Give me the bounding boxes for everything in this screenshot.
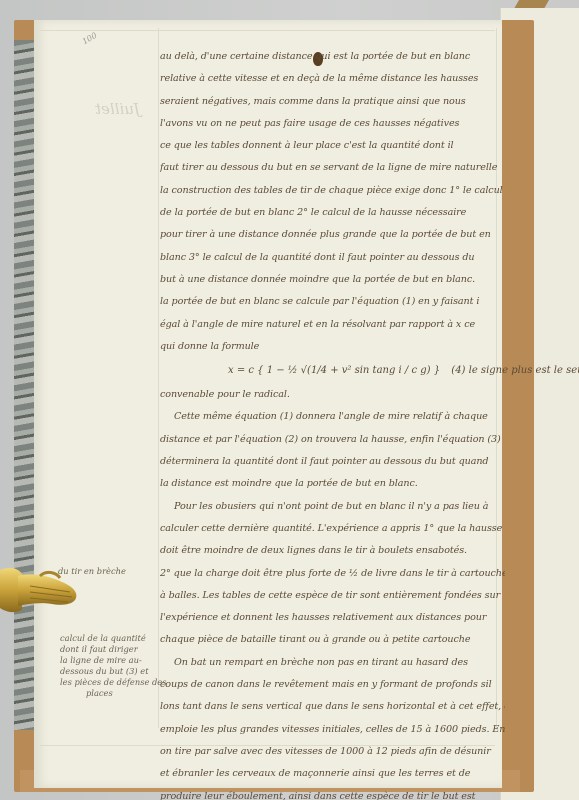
text-line: relative à cette vitesse et en deçà de l…	[160, 68, 505, 90]
margin-note-line: dessous du but (3) et	[60, 666, 166, 677]
text-line: ce que les tables donnent à leur place c…	[160, 135, 505, 157]
margin-note-calculation: calcul de la quantité dont il faut dirig…	[60, 633, 166, 699]
text-line: distance et par l'équation (2) on trouve…	[160, 429, 505, 451]
text-line: au delà, d'une certaine distance qui est…	[160, 46, 505, 68]
text-line: coups de canon dans le revêtement mais e…	[160, 674, 505, 696]
text-line: On bat un rempart en brèche non pas en t…	[160, 652, 505, 674]
text-line: convenable pour le radical.	[160, 384, 505, 406]
manuscript-body: au delà, d'une certaine distance qui est…	[160, 46, 505, 800]
margin-note-line: la ligne de mire au-	[60, 655, 166, 666]
text-line: on tire par salve avec des vitesses de 1…	[160, 741, 505, 763]
text-line: et ébranler les cerveaux de maçonnerie a…	[160, 763, 505, 785]
text-line: blanc 3° le calcul de la quantité dont i…	[160, 247, 505, 269]
text-line: produire leur éboulement, ainsi dans cet…	[160, 786, 505, 800]
text-line: à balles. Les tables de cette espèce de …	[160, 585, 505, 607]
text-line: but à une distance donnée moindre que la…	[160, 269, 505, 291]
text-line: Pour les obusiers qui n'ont point de but…	[160, 496, 505, 518]
bleed-through-text: Juillet	[95, 100, 140, 118]
text-line: Cette même équation (1) donnera l'angle …	[160, 406, 505, 428]
gold-hand-clasp-icon	[0, 562, 80, 624]
margin-note-line: calcul de la quantité	[60, 633, 166, 644]
text-line: la distance est moindre que la portée de…	[160, 473, 505, 495]
text-line: déterminera la quantité dont il faut poi…	[160, 451, 505, 473]
margin-rule	[158, 28, 159, 728]
text-line: la construction des tables de tir de cha…	[160, 180, 505, 202]
text-line: faut tirer au dessous du but en se serva…	[160, 157, 505, 179]
text-line: doit être moindre de deux lignes dans le…	[160, 540, 505, 562]
text-line: calculer cette dernière quantité. L'expé…	[160, 518, 505, 540]
formula-reference: (4) le signe plus est le seul	[451, 365, 579, 376]
text-line: emploie les plus grandes vitesses initia…	[160, 719, 505, 741]
margin-note-line: dont il faut diriger	[60, 644, 166, 655]
text-line: égal à l'angle de mire naturel et en la …	[160, 314, 505, 336]
formula: x = c { 1 − ½ √(1/4 + v² sin tang i / c …	[228, 365, 440, 376]
text-line: de la portée de but en blanc 2° le calcu…	[160, 202, 505, 224]
text-line: chaque pièce de bataille tirant ou à gra…	[160, 629, 505, 651]
text-line: 2° que la charge doit être plus forte de…	[160, 563, 505, 585]
text-line: pour tirer à une distance donnée plus gr…	[160, 224, 505, 246]
formula-line: x = c { 1 − ½ √(1/4 + v² sin tang i / c …	[160, 358, 505, 384]
text-line: l'expérience et donnent les hausses rela…	[160, 607, 505, 629]
text-line: qui donne la formule	[160, 336, 505, 358]
text-line: seraient négatives, mais comme dans la p…	[160, 91, 505, 113]
top-rule	[40, 30, 495, 31]
margin-note-line: les pièces de défense des	[60, 677, 166, 688]
marbled-spine	[14, 40, 34, 730]
text-line: lons tant dans le sens vertical que dans…	[160, 696, 505, 718]
margin-note-line: places	[60, 688, 166, 699]
text-line: l'avons vu on ne peut pas faire usage de…	[160, 113, 505, 135]
text-line: la portée de but en blanc se calcule par…	[160, 291, 505, 313]
